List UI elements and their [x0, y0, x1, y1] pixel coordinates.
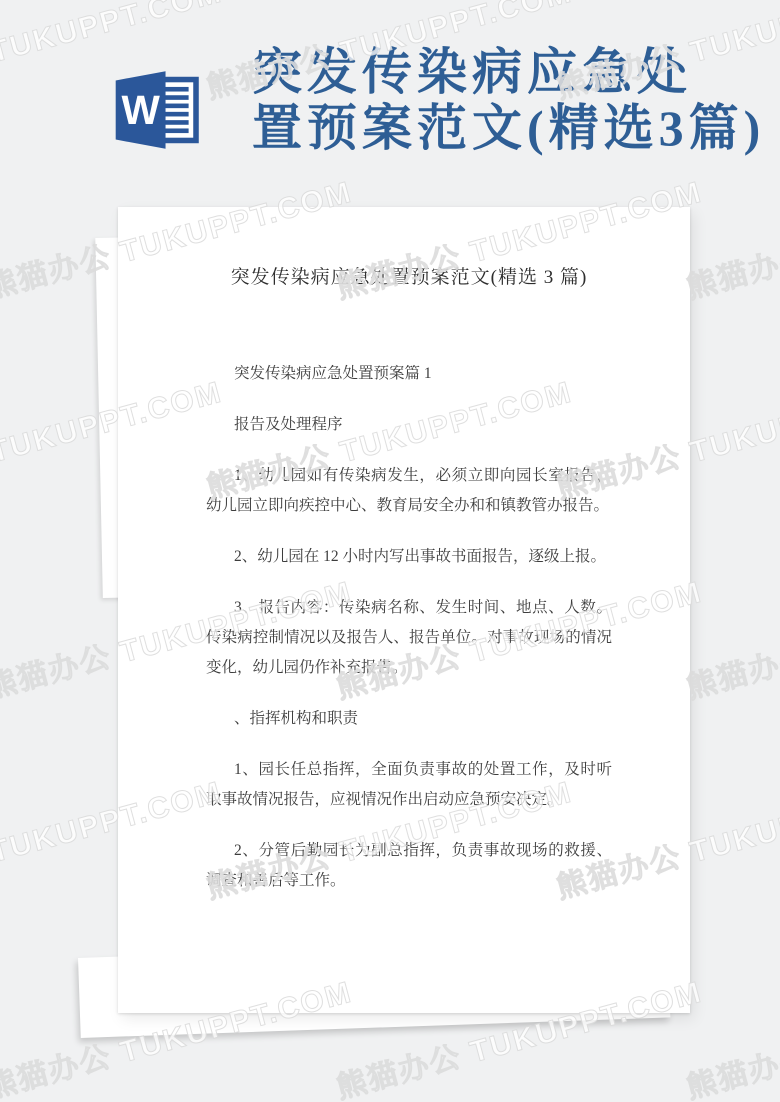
document-paragraph: 1、幼儿园如有传染病发生，必须立即向园长室报告，幼儿园立即向疾控中心、教育局安全… — [206, 461, 612, 521]
word-icon-graphic: W — [112, 60, 208, 160]
document-paragraph: 2、幼儿园在 12 小时内写出事故书面报告，逐级上报。 — [206, 542, 612, 572]
document-title: 突发传染病应急处置预案范文(精选 3 篇) — [206, 263, 612, 293]
page-title-line2: 置预案范文(精选3篇) — [252, 100, 765, 156]
header: W 突发传染病应急处置预案范文(精选3篇) — [0, 0, 780, 200]
preview-canvas: W 突发传染病应急处置预案范文(精选3篇) 突发传染病应急处置预案范文(精选 3… — [0, 0, 780, 1102]
page-title: 突发传染病应急处置预案范文(精选3篇) — [252, 44, 772, 156]
page-title-line1: 突发传染病应急处 — [252, 44, 692, 100]
document-paragraph: 2、分管后勤园长为副总指挥，负责事故现场的救援、调查和善后等工作。 — [206, 836, 612, 896]
document-paragraph: 、指挥机构和职责 — [206, 704, 612, 734]
word-icon: W — [112, 60, 208, 160]
document-paragraph: 1、园长任总指挥，全面负责事故的处置工作，及时听取事故情况报告，应视情况作出启动… — [206, 755, 612, 815]
document-page: 突发传染病应急处置预案范文(精选 3 篇) 突发传染病应急处置预案篇 1报告及处… — [118, 207, 690, 1013]
document-paragraph: 突发传染病应急处置预案篇 1 — [206, 359, 612, 389]
document-paragraph: 3、报告内容：传染病名称、发生时间、地点、人数。传染病控制情况以及报告人、报告单… — [206, 593, 612, 683]
document-body: 突发传染病应急处置预案篇 1报告及处理程序1、幼儿园如有传染病发生，必须立即向园… — [206, 359, 612, 896]
word-icon-letter: W — [121, 87, 160, 133]
document-paragraph: 报告及处理程序 — [206, 410, 612, 440]
